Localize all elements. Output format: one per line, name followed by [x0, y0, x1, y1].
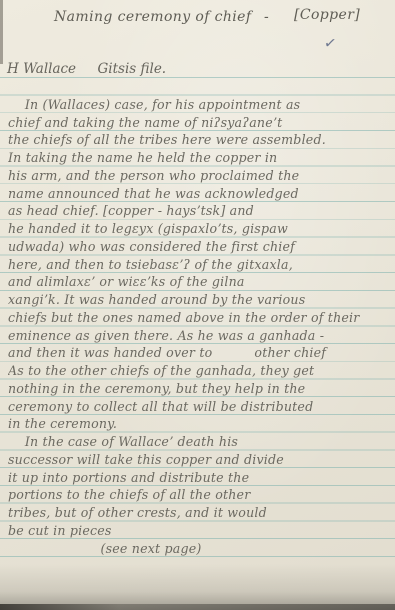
manuscript-line: he handed it to legɛyx (gispaxloʼts, gis… [8, 220, 393, 238]
manuscript-line: xangiʼk. It was handed around by the var… [8, 291, 393, 309]
page-title: Naming ceremony of chief - [Copper] [0, 6, 395, 30]
title-dash: - [264, 9, 269, 25]
checkmark-icon: ✓ [323, 33, 338, 53]
scan-bottom-edge [0, 604, 395, 610]
manuscript-line: (see next page) [8, 540, 393, 558]
page-title-text: Naming ceremony of chief [54, 9, 251, 25]
manuscript-line: and alimlaxɛʼ or wiɛɛʼks of the gilna [8, 273, 393, 291]
manuscript-line: eminence as given there. As he was a gan… [8, 327, 393, 345]
manuscript-line: here, and then to tsiebasɛʼʔ of the gitx… [8, 256, 393, 274]
manuscript-line: ceremony to collect all that will be dis… [8, 398, 393, 416]
manuscript-line: chief and taking the name of niʔsyaʔaneʼ… [8, 114, 393, 132]
manuscript-line: tribes, but of other crests, and it woul… [8, 504, 393, 522]
manuscript-page: Naming ceremony of chief - [Copper] ✓ H … [0, 0, 395, 610]
manuscript-line: In taking the name he held the copper in [8, 149, 393, 167]
manuscript-line: As to the other chiefs of the ganhada, t… [8, 362, 393, 380]
manuscript-line: chiefs but the ones named above in the o… [8, 309, 393, 327]
manuscript-line: name announced that he was acknowledged [8, 185, 393, 203]
file-header: H Wallace Gitsis file. [7, 60, 393, 78]
manuscript-line: nothing in the ceremony, but they help i… [8, 380, 393, 398]
manuscript-line: In the case of Wallaceʼ death his [8, 433, 393, 451]
copper-tag: [Copper] [294, 7, 360, 23]
manuscript-line: portions to the chiefs of all the other [8, 486, 393, 504]
manuscript-line: In (Wallaces) case, for his appointment … [8, 96, 393, 114]
manuscript-line: be cut in pieces [8, 522, 393, 540]
manuscript-line: udwada) who was considered the first chi… [8, 238, 393, 256]
manuscript-line: it up into portions and distribute the [8, 469, 393, 487]
manuscript-line: the chiefs of all the tribes here were a… [8, 131, 393, 149]
manuscript-line: successor will take this copper and divi… [8, 451, 393, 469]
manuscript-line: and then it was handed over to other chi… [8, 344, 393, 362]
manuscript-line: in the ceremony. [8, 415, 393, 433]
manuscript-line: his arm, and the person who proclaimed t… [8, 167, 393, 185]
manuscript-body: In (Wallaces) case, for his appointment … [8, 96, 393, 558]
manuscript-line: as head chief. [copper - haysʼtsk] and [8, 202, 393, 220]
